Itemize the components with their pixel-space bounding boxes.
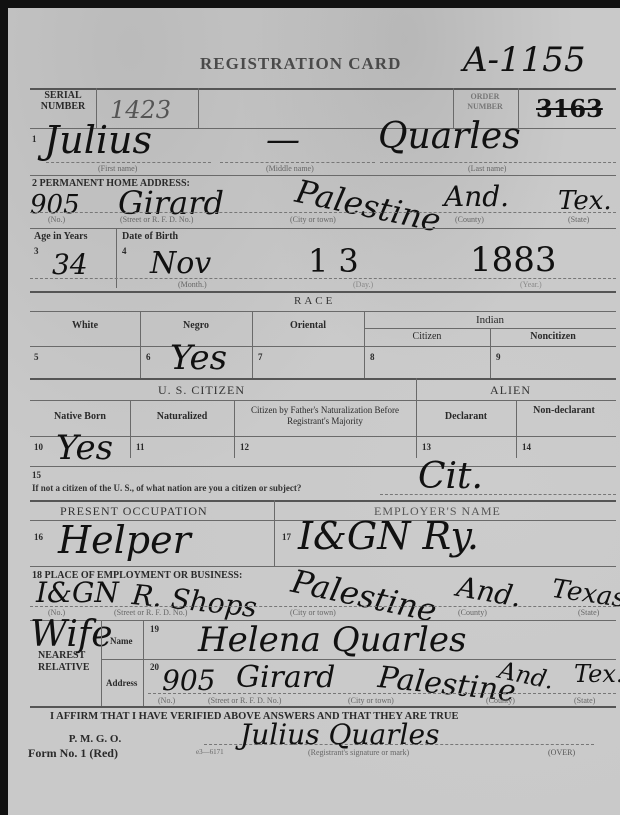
- field-number: 15: [32, 470, 41, 480]
- field-caption: (State): [578, 608, 599, 617]
- divider: [30, 436, 616, 437]
- field-caption: (Year.): [520, 280, 542, 289]
- declarant-label: Declarant: [416, 411, 516, 422]
- employer-value: I&GN Ry.: [298, 514, 479, 558]
- field-number: 8: [370, 352, 375, 362]
- serial-number-label: SERIAL NUMBER: [30, 90, 96, 112]
- field-caption: (Street or R. F. D. No.): [208, 696, 281, 705]
- form-number: Form No. 1 (Red): [28, 746, 118, 761]
- divider: [30, 500, 616, 502]
- field-caption: (State): [574, 696, 595, 705]
- home-address-city: Palestine: [292, 172, 444, 240]
- occupation-value: Helper: [58, 518, 191, 562]
- divider: [101, 620, 102, 706]
- field-number: 5: [34, 352, 39, 362]
- race-indian-heading: Indian: [364, 314, 616, 326]
- divider: [30, 88, 616, 90]
- field-caption: (No.): [48, 215, 65, 224]
- relative-address-state: Tex.: [574, 660, 620, 688]
- card-id-handwritten: A-1155: [463, 40, 586, 80]
- divider: [30, 278, 616, 279]
- order-number-label: ORDER NUMBER: [455, 92, 515, 112]
- divider: [380, 494, 616, 495]
- field-caption: (County): [458, 608, 487, 617]
- divider: [30, 228, 616, 229]
- field-number: 20: [150, 662, 159, 672]
- middle-name: —: [266, 120, 300, 160]
- divider: [30, 291, 616, 293]
- relative-name-label: Name: [110, 636, 133, 646]
- middle-name-label: (Middle name): [266, 164, 314, 173]
- field-caption: (County): [486, 696, 515, 705]
- last-name: Quarles: [378, 116, 521, 157]
- q15-value: Cit.: [418, 456, 483, 497]
- field-caption: (City or town): [290, 608, 336, 617]
- race-indian-citizen-label: Citizen: [364, 331, 490, 342]
- race-negro-label: Negro: [140, 320, 252, 331]
- divider: [30, 400, 616, 401]
- field-number: 16: [34, 532, 43, 542]
- first-name-label: (First name): [98, 164, 137, 173]
- divider: [30, 346, 616, 347]
- employment-street: R. Shops: [131, 578, 259, 624]
- field-number: 14: [522, 442, 531, 452]
- dob-day: 13: [308, 242, 369, 280]
- divider: [116, 228, 117, 288]
- field-number: 1: [32, 134, 37, 144]
- dob-year: 1883: [470, 240, 557, 280]
- divider: [220, 162, 375, 163]
- relative-address-street: Girard: [236, 660, 335, 695]
- field-number: 10: [34, 442, 43, 452]
- naturalized-label: Naturalized: [130, 411, 234, 422]
- registrant-signature: Julius Quarles: [240, 718, 439, 751]
- field-caption: (Month.): [178, 280, 207, 289]
- field-number: 19: [150, 624, 159, 634]
- field-number: 3: [34, 246, 39, 256]
- field-number: 9: [496, 352, 501, 362]
- field-caption: (Street or R. F. D. No.): [120, 215, 193, 224]
- divider: [30, 311, 616, 312]
- dob-month: Nov: [150, 246, 211, 281]
- card-title: REGISTRATION CARD: [200, 54, 401, 74]
- field-caption: (City or town): [348, 696, 394, 705]
- age-value: 34: [52, 248, 88, 281]
- dob-label: Date of Birth: [122, 231, 178, 242]
- print-code: e3—6171: [196, 748, 224, 756]
- relative-address-label: Address: [106, 678, 137, 688]
- relative-name-value: Helena Quarles: [198, 620, 466, 660]
- field-caption: (No.): [158, 696, 175, 705]
- divider: [148, 693, 616, 694]
- field-caption: (City or town): [290, 215, 336, 224]
- native-born-label: Native Born: [30, 411, 130, 422]
- divider: [234, 400, 235, 458]
- divider: [30, 466, 616, 467]
- home-address-county: And.: [444, 180, 509, 213]
- divider: [30, 706, 616, 708]
- registration-card: REGISTRATION CARD A-1155 SERIAL NUMBER 1…: [8, 8, 620, 815]
- divider: [30, 378, 616, 380]
- last-name-label: (Last name): [468, 164, 506, 173]
- divider: [101, 659, 616, 660]
- signature-label: (Registrant's signature or mark): [308, 748, 409, 757]
- field-number: 11: [136, 442, 145, 452]
- field-number: 7: [258, 352, 263, 362]
- race-oriental-label: Oriental: [252, 320, 364, 331]
- q15-label: If not a citizen of the U. S., of what n…: [32, 483, 301, 493]
- divider: [130, 400, 131, 458]
- divider: [274, 500, 275, 566]
- field-caption: (State): [568, 215, 589, 224]
- field-number: 12: [240, 442, 249, 452]
- age-label: Age in Years: [34, 231, 88, 242]
- non-declarant-label: Non-declarant: [528, 405, 600, 416]
- divider: [30, 606, 616, 607]
- race-indian-noncitizen-label: Noncitizen: [490, 331, 616, 342]
- first-name: Julius: [44, 118, 152, 162]
- field-caption: (County): [455, 215, 484, 224]
- field-number: 17: [282, 532, 291, 542]
- native-born-value: Yes: [56, 428, 113, 468]
- over-label: (OVER): [548, 748, 575, 757]
- field-caption: (Day.): [353, 280, 373, 289]
- alien-heading: ALIEN: [490, 383, 531, 398]
- field-number: 13: [422, 442, 431, 452]
- race-heading: RACE: [294, 295, 335, 307]
- divider: [46, 162, 211, 163]
- nearest-relative-heading: NEAREST RELATIVE: [38, 650, 98, 674]
- us-citizen-heading: U. S. CITIZEN: [158, 383, 245, 398]
- order-number-value: 3163: [536, 94, 603, 123]
- race-white-label: White: [30, 320, 140, 331]
- field-number: 4: [122, 246, 127, 256]
- divider: [30, 212, 616, 213]
- field-number: 6: [146, 352, 151, 362]
- divider: [198, 88, 199, 128]
- divider: [380, 162, 616, 163]
- occupation-heading: PRESENT OCCUPATION: [60, 504, 208, 519]
- father-naturalization-label: Citizen by Father's Naturalization Befor…: [240, 405, 410, 427]
- field-caption: (Street or R. F. D. No.): [114, 608, 187, 617]
- employment-no: I&GN: [36, 576, 119, 609]
- race-negro-value: Yes: [170, 338, 227, 378]
- divider: [143, 620, 144, 706]
- divider: [516, 400, 517, 458]
- divider: [30, 175, 616, 176]
- form-agency: P. M. G. O.: [50, 733, 140, 745]
